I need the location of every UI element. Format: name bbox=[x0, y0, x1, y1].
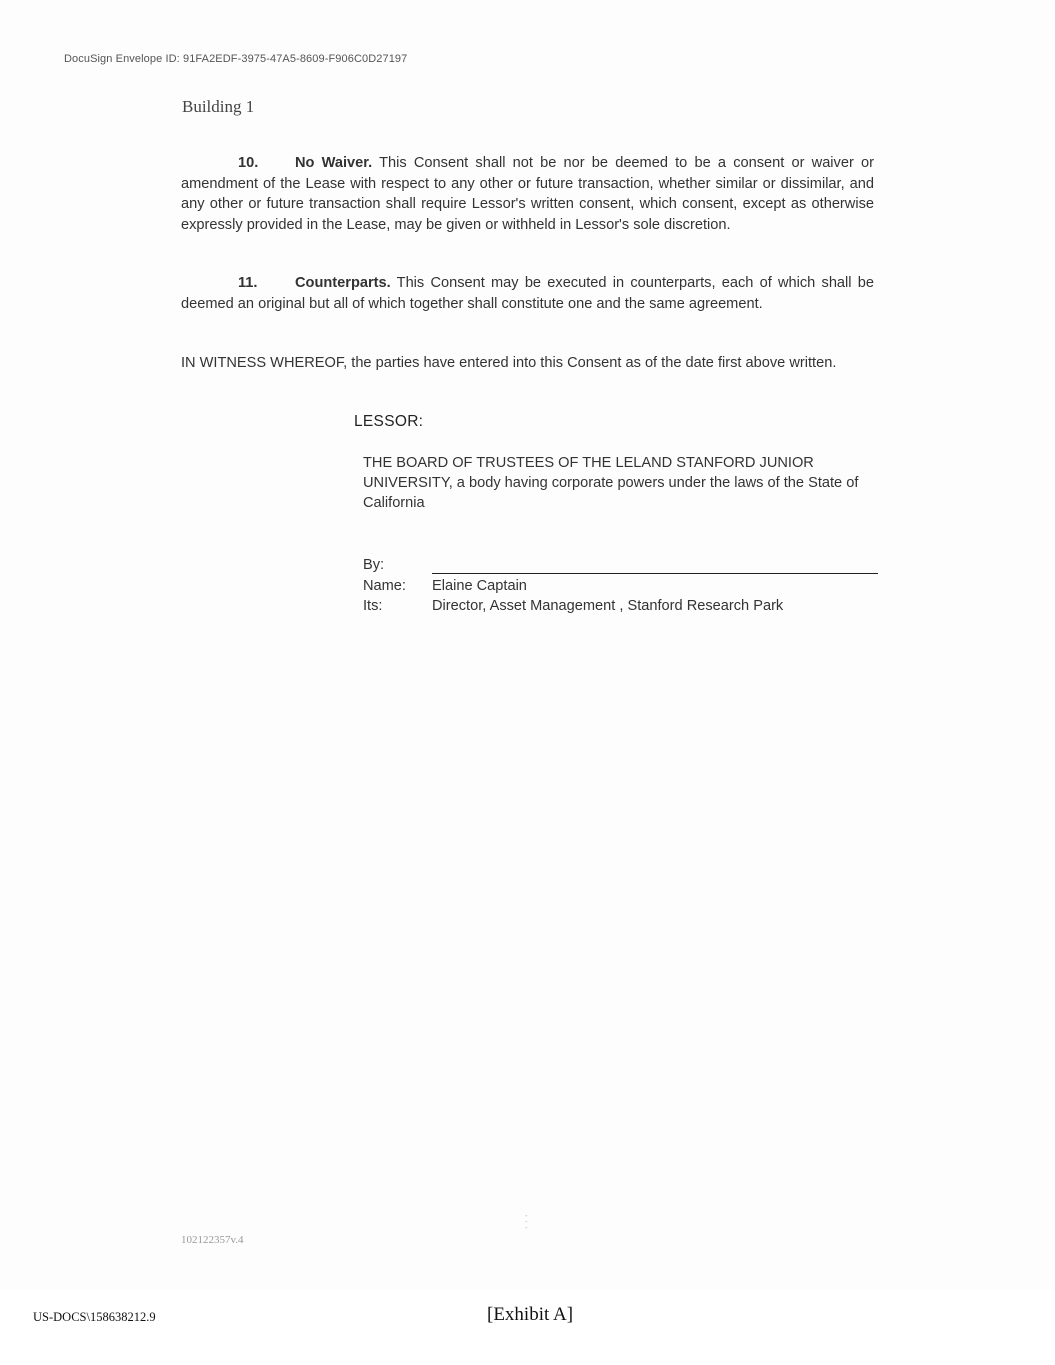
witness-clause: IN WITNESS WHEREOF, the parties have ent… bbox=[181, 353, 881, 374]
lessor-entity: THE BOARD OF TRUSTEES OF THE LELAND STAN… bbox=[363, 453, 863, 513]
name-label: Name: bbox=[363, 576, 432, 597]
signature-by-row: By: bbox=[363, 555, 878, 576]
section-heading: No Waiver. bbox=[295, 155, 372, 171]
lessor-label: LESSOR: bbox=[354, 413, 423, 431]
docs-identifier: US-DOCS\158638212.9 bbox=[33, 1310, 156, 1325]
document-version-number: 102122357v.4 bbox=[181, 1234, 244, 1246]
section-number: 11. bbox=[238, 273, 295, 294]
building-heading: Building 1 bbox=[182, 97, 254, 117]
page-mark: --- bbox=[525, 1213, 528, 1231]
section-number: 10. bbox=[238, 153, 295, 174]
signature-block: By: Name: Elaine Captain Its: Director, … bbox=[363, 555, 878, 617]
section-heading: Counterparts. bbox=[295, 275, 391, 291]
its-label: Its: bbox=[363, 596, 432, 617]
section-no-waiver: 10.No Waiver. This Consent shall not be … bbox=[181, 153, 874, 235]
exhibit-label: [Exhibit A] bbox=[487, 1304, 573, 1326]
signer-title: Director, Asset Management , Stanford Re… bbox=[432, 596, 783, 617]
docusign-envelope-id: DocuSign Envelope ID: 91FA2EDF-3975-47A5… bbox=[64, 53, 407, 65]
signer-name: Elaine Captain bbox=[432, 576, 527, 597]
signature-title-row: Its: Director, Asset Management , Stanfo… bbox=[363, 596, 878, 617]
signature-line[interactable] bbox=[432, 559, 878, 574]
signature-name-row: Name: Elaine Captain bbox=[363, 576, 878, 597]
section-counterparts: 11.Counterparts. This Consent may be exe… bbox=[181, 273, 874, 314]
by-label: By: bbox=[363, 555, 432, 576]
